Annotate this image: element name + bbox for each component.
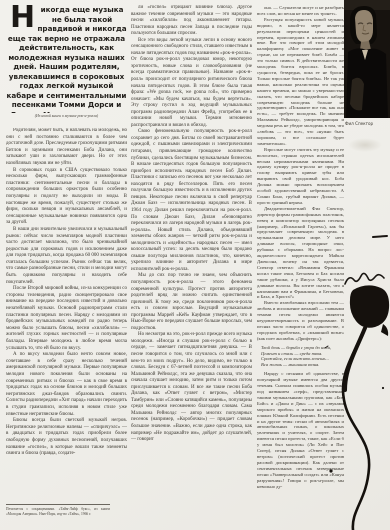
paragraph: В сороковых годах в США существовало тол… <box>6 168 127 227</box>
portrait-image <box>344 0 390 118</box>
lead-paragraph: Никогда еще музыка не была такой правдив… <box>6 5 127 113</box>
paper-smudge <box>348 138 382 152</box>
photo-caption: Фил Спектор <box>345 121 390 126</box>
paragraph: Растущая популярность новой музыки, види… <box>257 17 344 147</box>
text-column-2: ли «госпел» отрицают влияние блюза). Дру… <box>131 5 252 526</box>
paragraph: Но несмотря на это, рок-н-ролл прежде вс… <box>131 332 252 443</box>
ink-illustration <box>323 228 390 530</box>
paragraph: А по вкусу молодежи было нечто совсем но… <box>6 352 127 418</box>
paragraph: Блюзы всегда были светской музыкой негро… <box>6 418 127 458</box>
paragraph: ли «госпел» отрицают влияние блюза). Дру… <box>131 5 252 38</box>
drop-cap: Н <box>10 6 35 30</box>
footnote: Печатается с сокращениями. «Тайм-Лайф бу… <box>6 504 110 516</box>
paragraph: В наши дни значительно увеличился и музы… <box>6 227 127 286</box>
paragraph: Мы до сих пор точно не знаем, чем объясн… <box>131 273 252 332</box>
paragraph: После Второй мировой войны, из-за конкур… <box>6 286 127 352</box>
brush-drawing <box>323 228 390 530</box>
phil-spector-photo <box>344 0 390 118</box>
paragraph: она. — Слушатели могут и не разобрать вс… <box>257 5 344 17</box>
paragraph: Все эти виды легкой музыки легли в основ… <box>131 38 252 130</box>
text-column-1: Родителям, может быть, и наплевать на мо… <box>6 128 127 499</box>
magazine-page: Никогда еще музыка не была такой правдив… <box>0 0 390 530</box>
paragraph: Родителям, может быть, и наплевать на мо… <box>6 128 127 168</box>
paragraph: Взрослые могут считать эту музыку и ее в… <box>257 147 344 206</box>
paragraph: Свою феноменальную популярность рок-н-ро… <box>131 129 252 273</box>
lead-source-note: (Из новой книги о музыке рок-н-ролла) <box>6 114 127 119</box>
